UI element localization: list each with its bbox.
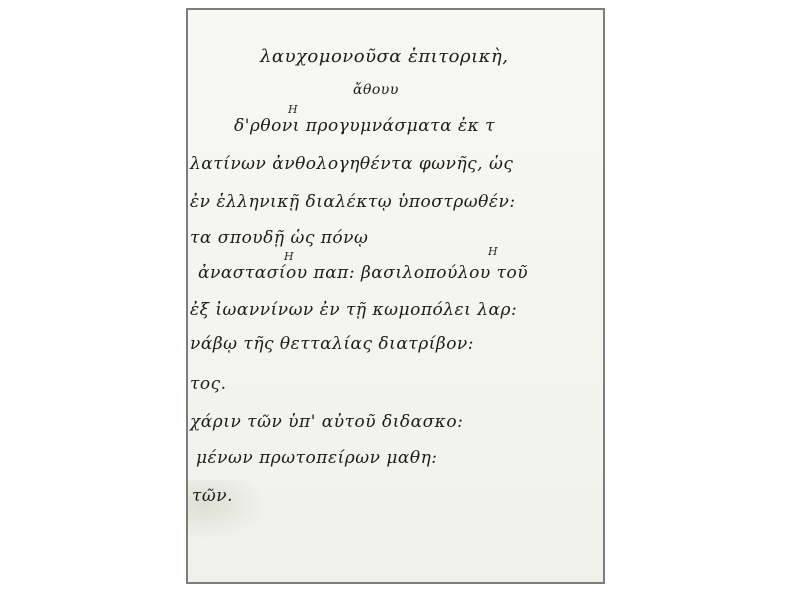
- manuscript-line: ἐξ ἰωαννίνων ἐν τῇ κωμοπόλει λαρ:: [190, 302, 517, 319]
- manuscript-page: λαυχομονοῦσα ἐπιτορικὴ, ἄθουυ Η δ'ρθονι …: [186, 8, 605, 584]
- superscript-annotation: Η: [288, 104, 298, 115]
- manuscript-line: νάβῳ τῆς θετταλίας διατρίβον:: [190, 336, 474, 353]
- manuscript-line: χάριν τῶν ὑπ' αὐτοῦ διδασκο:: [190, 414, 463, 431]
- manuscript-line: τῶν.: [192, 488, 233, 505]
- superscript-annotation: Η: [488, 246, 498, 257]
- manuscript-line: δ'ρθονι προγυμνάσματα ἐκ τ: [234, 118, 495, 135]
- viewer-stage: λαυχομονοῦσα ἐπιτορικὴ, ἄθουυ Η δ'ρθονι …: [0, 0, 800, 599]
- manuscript-line: λατίνων ἀνθολογηθέντα φωνῆς, ὡς: [190, 156, 513, 173]
- manuscript-heading-line: λαυχομονοῦσα ἐπιτορικὴ,: [260, 48, 508, 66]
- manuscript-line: ἐν ἑλληνικῇ διαλέκτῳ ὑποστρωθέν:: [190, 194, 516, 211]
- manuscript-line: μένων πρωτοπείρων μαθη:: [196, 450, 438, 467]
- manuscript-line: τα σπουδῇ ὡς πόνῳ: [190, 230, 368, 247]
- manuscript-line: ἀναστασίου παπ: βασιλοπούλου τοῦ: [198, 265, 528, 282]
- superscript-annotation: Η: [284, 251, 294, 262]
- manuscript-line: τος.: [190, 376, 227, 393]
- manuscript-subheading-line: ἄθουυ: [353, 83, 399, 97]
